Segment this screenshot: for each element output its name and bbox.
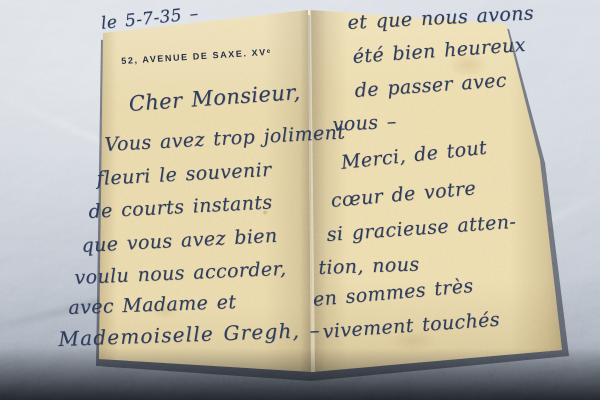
handwriting-line-right-8: tion, nous bbox=[318, 253, 420, 279]
photo-letter-on-tissue: le 5-7-35 – 52, AVENUE DE SAXE. XVᵉ Cher… bbox=[0, 0, 600, 400]
handwriting-line-right-4: vous – bbox=[332, 111, 397, 136]
